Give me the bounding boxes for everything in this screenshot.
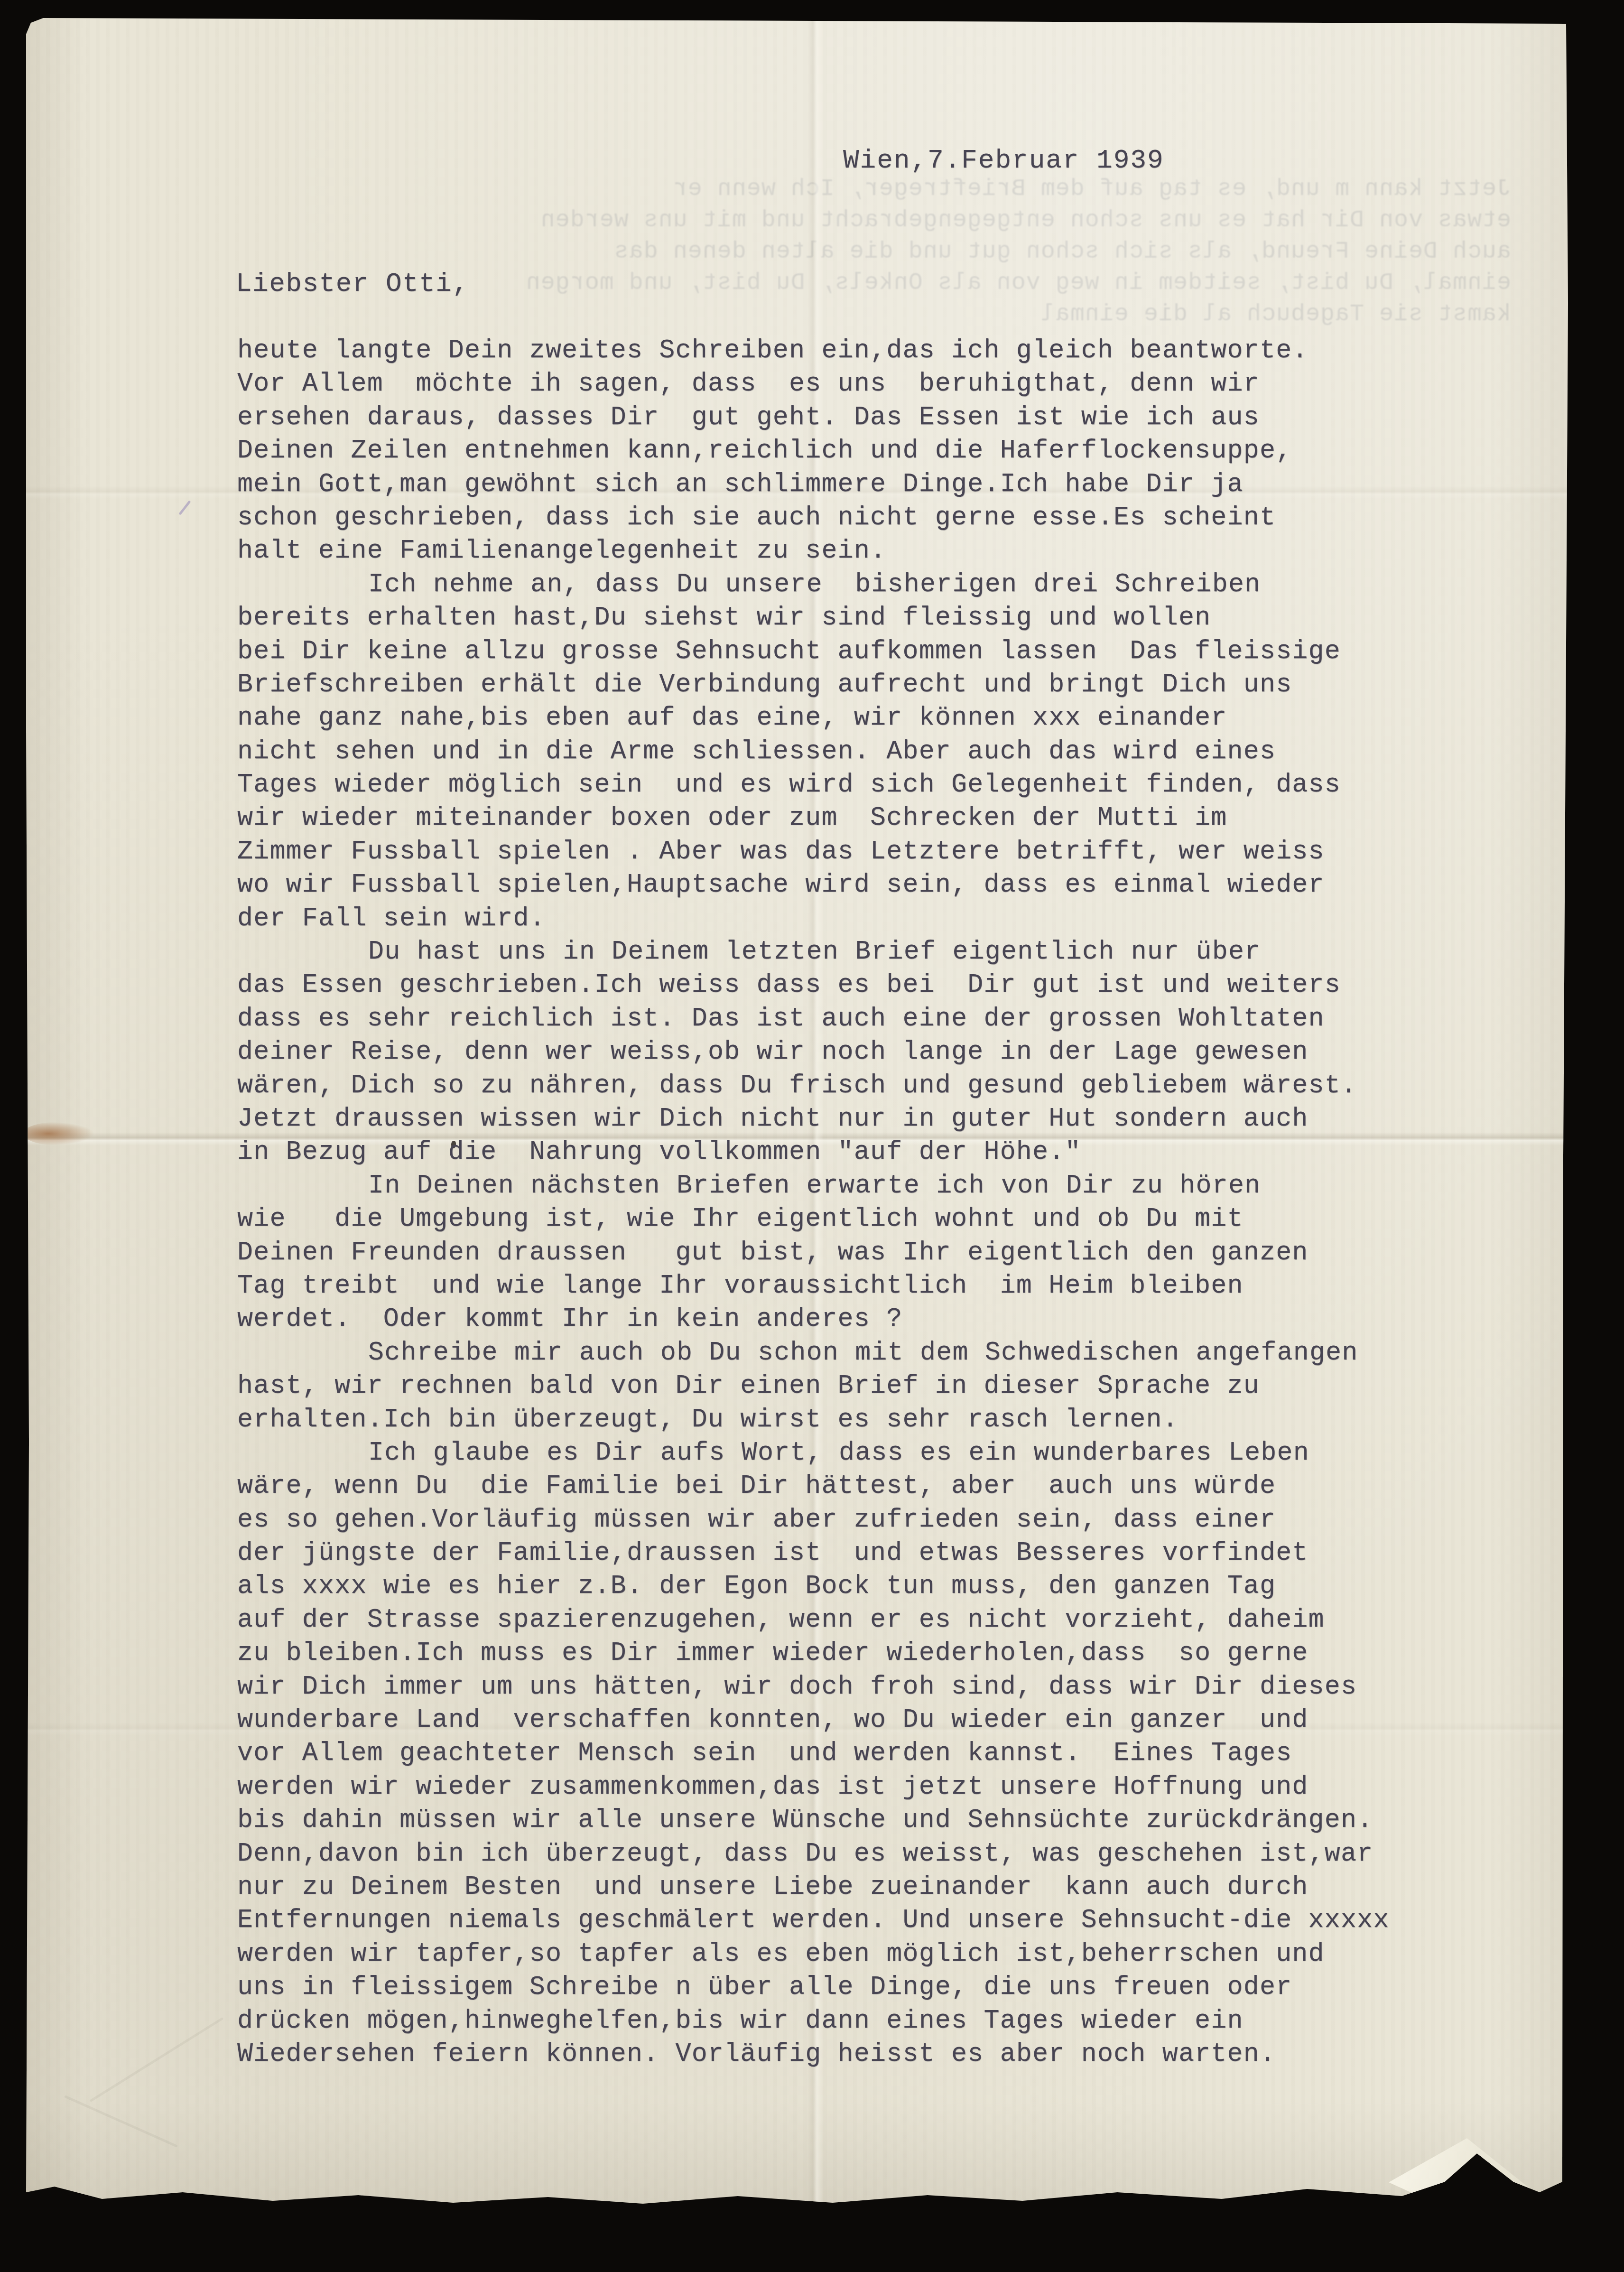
letter-line: Du hast uns in Deinem letzten Brief eige… [237,935,1547,968]
letter-line: wo wir Fussball spielen,Hauptsache wird … [237,868,1547,902]
pencil-scribble [64,2095,178,2147]
letter-line: mein Gott,man gewöhnt sich an schlimmere… [237,468,1547,501]
corner-fold [1389,2138,1531,2209]
letter-date: Wien,7.Februar 1939 [843,145,1164,176]
letter-line: in Bezug auf die Nahrung vollkommen "auf… [237,1136,1547,1169]
bleed-through-text: Jetzt kann m und, es tag auf dem Brieftr… [292,174,1511,330]
letter-line: nahe ganz nahe,bis eben auf das eine, wi… [237,701,1547,735]
letter-line: deiner Reise, denn wer weiss,ob wir noch… [237,1035,1547,1069]
letter-line: wie die Umgebung ist, wie Ihr eigentlich… [237,1202,1547,1236]
letter-line: als xxxx wie es hier z.B. der Egon Bock … [237,1570,1547,1603]
letter-line: das Essen geschrieben.Ich weiss dass es … [237,968,1547,1002]
letter-line: werden wir tapfer,so tapfer als es eben … [237,1937,1547,1971]
letter-line: wir Dich immer um uns hätten, wir doch f… [237,1670,1547,1704]
letter-line: nur zu Deinem Besten und unsere Liebe zu… [237,1871,1547,1904]
letter-line: es so gehen.Vorläufig müssen wir aber zu… [237,1503,1547,1536]
letter-line: werden wir wieder zusammenkommen,das ist… [237,1770,1547,1804]
stain [23,1122,94,1145]
letter-line: Jetzt draussen wissen wir Dich nicht nur… [237,1102,1547,1136]
letter-line: drücken mögen,hinweghelfen,bis wir dann … [237,2004,1547,2038]
letter-line: Ich nehme an, dass Du unsere bisherigen … [237,568,1547,601]
letter-salutation: Liebster Otti, [236,269,469,299]
letter-line: Zimmer Fussball spielen . Aber was das L… [237,835,1547,868]
letter-line: erhalten.Ich bin überzeugt, Du wirst es … [237,1403,1547,1436]
bleed-through-line: auch Deine Freund, als sich schon gut un… [292,236,1511,268]
letter-line: der jüngste der Familie,draussen ist und… [237,1536,1547,1570]
letter-line: der Fall sein wird. [237,902,1547,935]
letter-line: dass es sehr reichlich ist. Das ist auch… [237,1002,1547,1035]
letter-line: Ich glaube es Dir aufs Wort, dass es ein… [237,1436,1547,1470]
scanner-background: { "scan": { "background_color": "#0b0907… [0,0,1624,2272]
letter-line: uns in fleissigem Schreibe n über alle D… [237,1971,1547,2004]
letter-line: Wiedersehen feiern können. Vorläufig hei… [237,2038,1547,2071]
letter-line: Entfernungen niemals geschmälert werden.… [237,1904,1547,1937]
letter-line: nicht sehen und in die Arme schliessen. … [237,735,1547,768]
bleed-through-line: Jetzt kann m und, es tag auf dem Brieftr… [292,174,1511,205]
letter-line: ersehen daraus, dasses Dir gut geht. Das… [237,401,1547,434]
letter-line: halt eine Familienangelegenheit zu sein. [237,534,1547,568]
letter-line: Tages wieder möglich sein und es wird si… [237,768,1547,801]
letter-line: auf der Strasse spazierenzugehen, wenn e… [237,1603,1547,1637]
letter-line: wir wieder miteinander boxen oder zum Sc… [237,801,1547,835]
letter-line: werdet. Oder kommt Ihr in kein anderes ? [237,1303,1547,1336]
letter-line: Briefschreiben erhält die Verbindung auf… [237,668,1547,701]
letter-line: vor Allem geachteter Mensch sein und wer… [237,1737,1547,1770]
pencil-scribble [90,2017,224,2102]
pencil-mark [178,500,191,515]
letter-line: wären, Dich so zu nähren, dass Du frisch… [237,1069,1547,1102]
letter-line: heute langte Dein zweites Schreiben ein,… [237,334,1547,367]
letter-line: bei Dir keine allzu grosse Sehnsucht auf… [237,635,1547,668]
letter-line: zu bleiben.Ich muss es Dir immer wieder … [237,1637,1547,1670]
letter-line: Denn,davon bin ich überzeugt, dass Du es… [237,1837,1547,1871]
letter-line: Vor Allem möchte ih sagen, dass es uns b… [237,367,1547,400]
letter-line: wunderbare Land verschaffen konnten, wo … [237,1704,1547,1737]
letter-line: In Deinen nächsten Briefen erwarte ich v… [237,1169,1547,1202]
letter-line: Deinen Freunden draussen gut bist, was I… [237,1236,1547,1269]
letter-line: Deinen Zeilen entnehmen kann,reichlich u… [237,434,1547,467]
letter-line: wäre, wenn Du die Familie bei Dir hättes… [237,1470,1547,1503]
letter-body: heute langte Dein zweites Schreiben ein,… [237,334,1547,2071]
letter-line: schon geschrieben, dass ich sie auch nic… [237,501,1547,534]
letter-page: Jetzt kann m und, es tag auf dem Brieftr… [26,18,1568,2211]
bleed-through-line: kamst sie Tagebuch al die einmal [292,299,1511,330]
letter-line: Schreibe mir auch ob Du schon mit dem Sc… [237,1336,1547,1369]
bleed-through-line: einmal, Du bist, seitdem in weg von als … [292,268,1511,299]
letter-line: bis dahin müssen wir alle unsere Wünsche… [237,1804,1547,1837]
letter-line: hast, wir rechnen bald von Dir einen Bri… [237,1369,1547,1403]
bleed-through-line: etwas von Dir hat es uns schon entgegeng… [292,205,1511,236]
letter-line: Tag treibt und wie lange Ihr voraussicht… [237,1269,1547,1303]
letter-line: bereits erhalten hast,Du siehst wir sind… [237,601,1547,634]
